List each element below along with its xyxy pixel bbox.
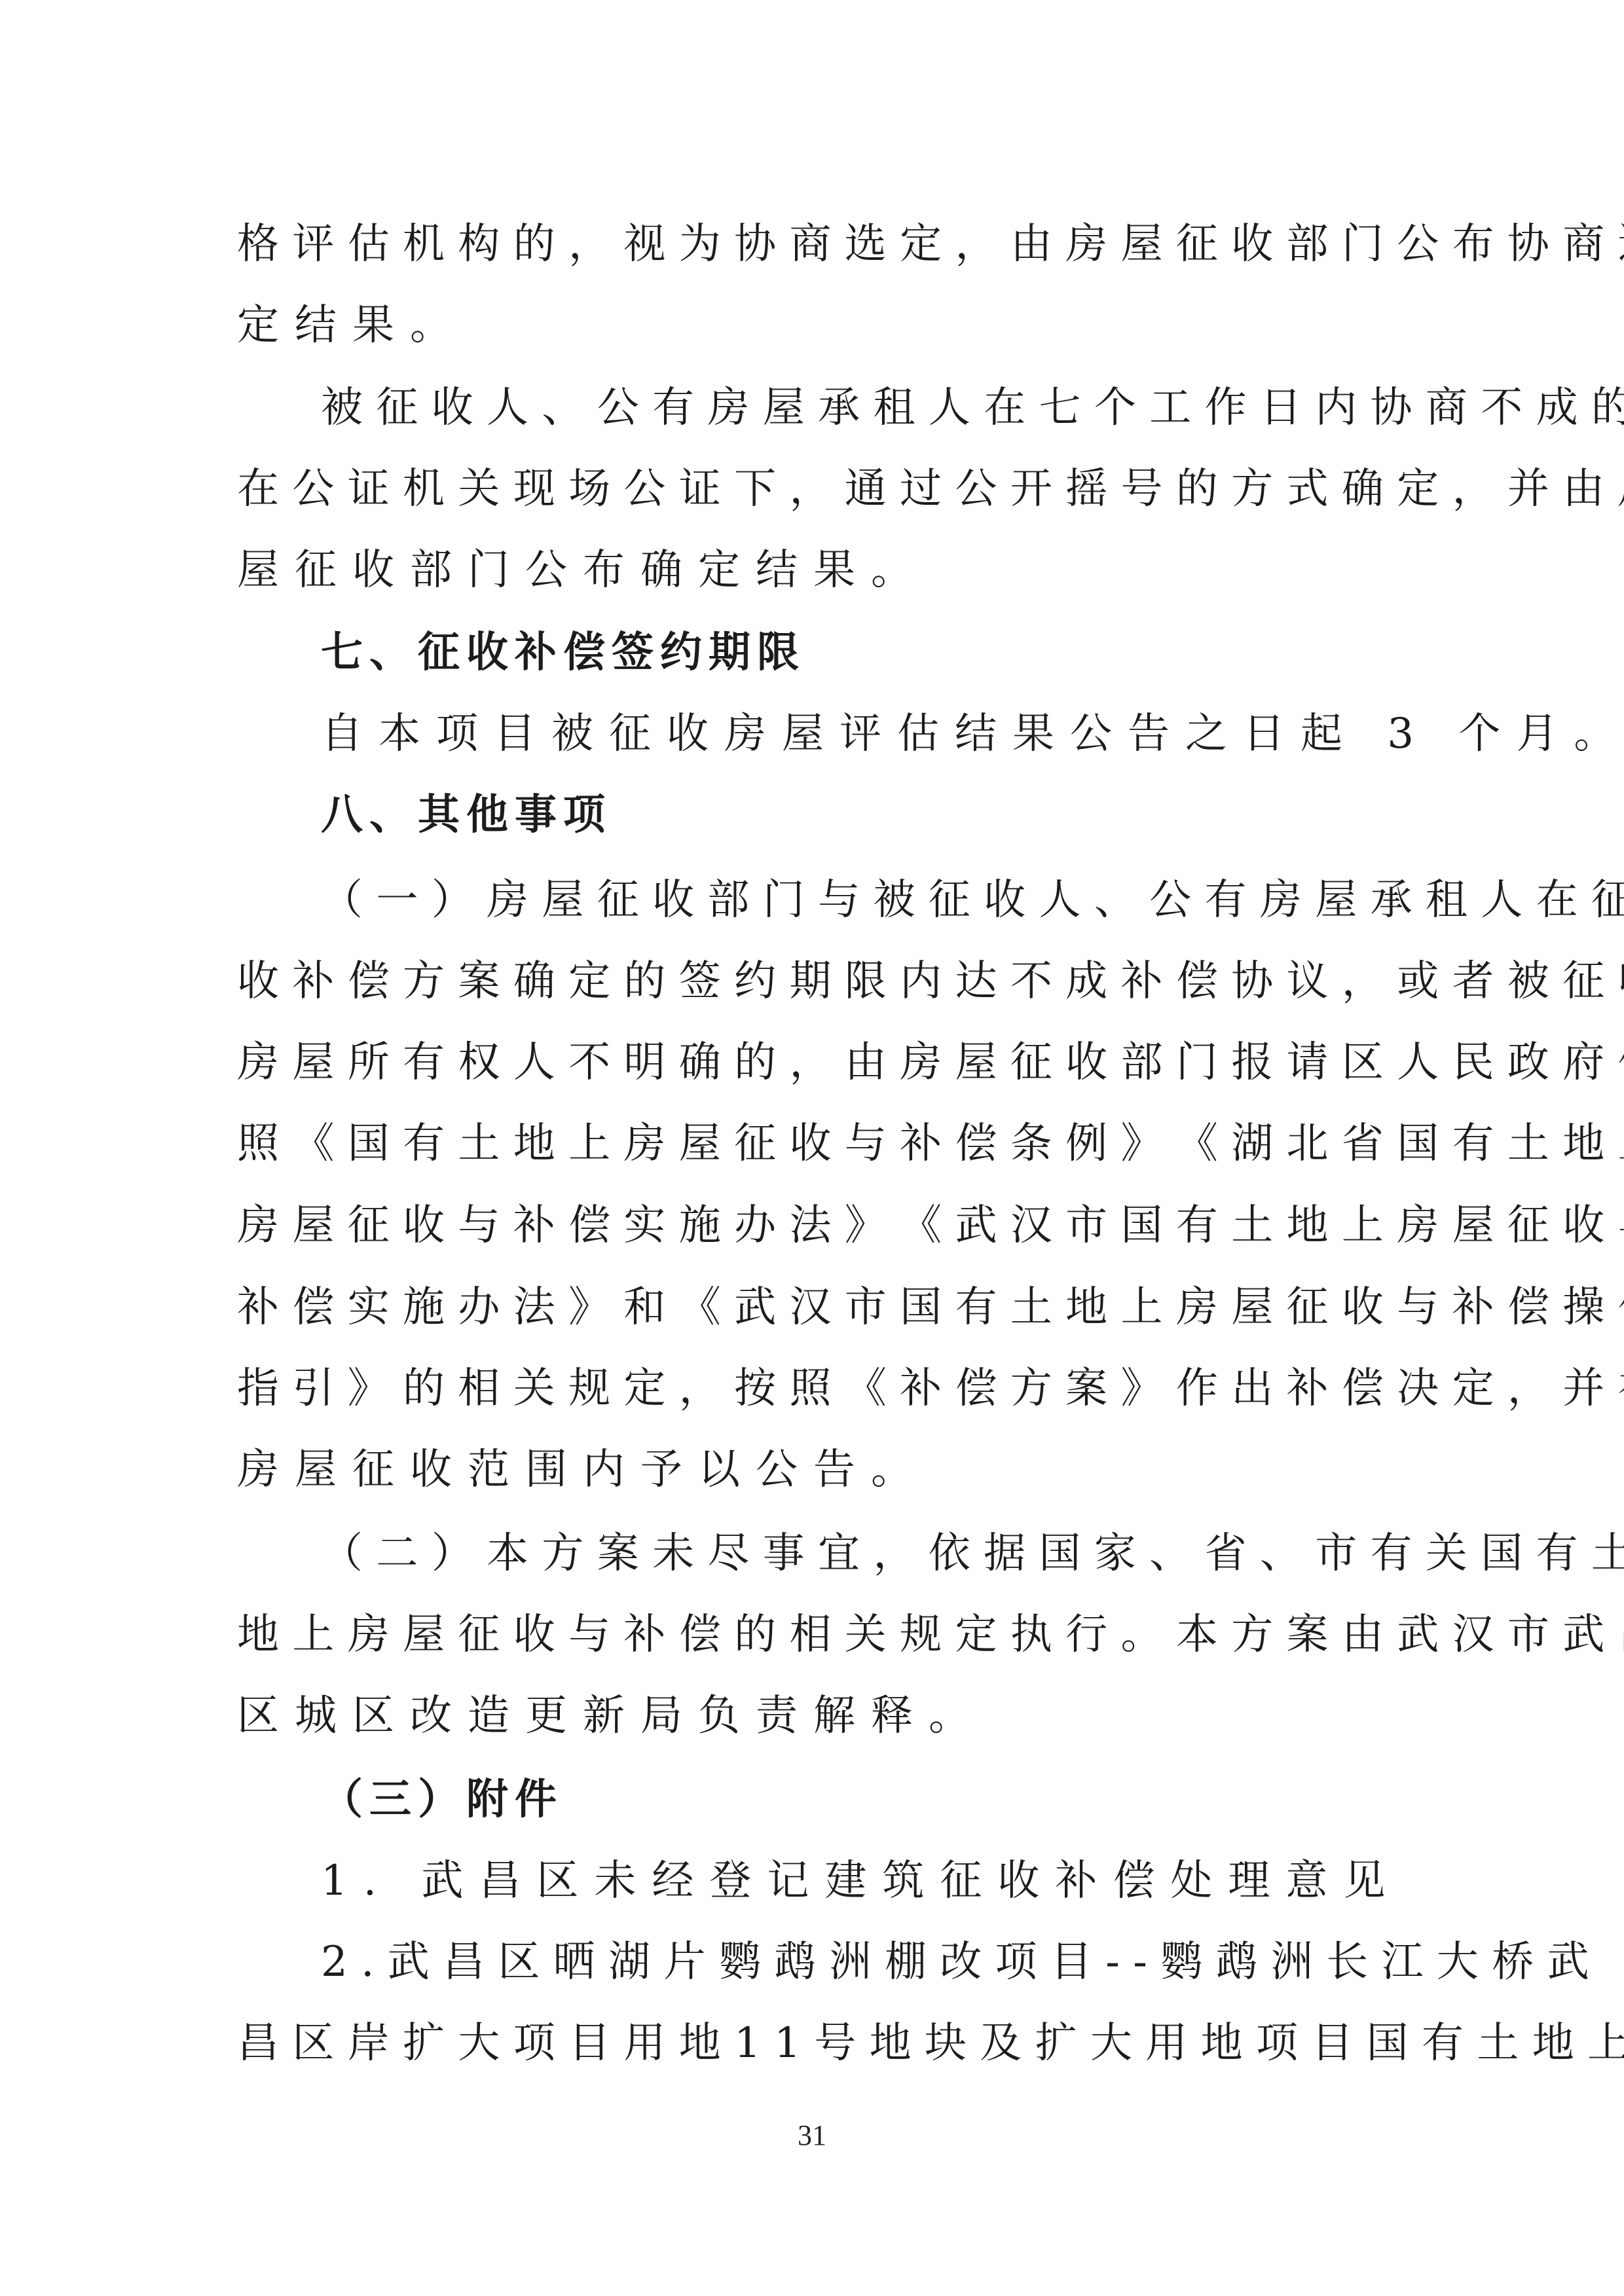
body-text-line: 区城区改造更新局负责解释。 [237,1690,1365,1742]
body-text-line: 房 屋 所 有 权 人 不 明 确 的 ， 由 房 屋 征 收 部 门 报 请 … [237,1036,1365,1089]
body-text-line: 收 补 偿 方 案 确 定 的 签 约 期 限 内 达 不 成 补 偿 协 议 … [237,955,1365,1008]
body-text-line: 地 上 房 屋 征 收 与 补 偿 的 相 关 规 定 执 行 。 本 方 案 … [237,1609,1365,1661]
subsection-1-line: （ 一 ） 房 屋 征 收 部 门 与 被 征 收 人 、 公 有 房 屋 承 … [321,874,1365,926]
attachment-item-1: 1. 武昌区未经登记建筑征收补偿处理意见 [321,1855,1365,1907]
body-text-line: 房 屋 征 收 与 补 偿 实 施 办 法 》 《 武 汉 市 国 有 土 地 … [237,1199,1365,1252]
document-page: 格 评 估 机 构 的 ， 视 为 协 商 选 定 ， 由 房 屋 征 收 部 … [0,0,1624,2296]
body-text-line: 被 征 收 人 、 公 有 房 屋 承 租 人 在 七 个 工 作 日 内 协 … [321,382,1365,434]
body-text-line: 指 引 》 的 相 关 规 定 ， 按 照 《 补 偿 方 案 》 作 出 补 … [237,1362,1365,1415]
body-text-line: 补 偿 实 施 办 法 》 和 《 武 汉 市 国 有 土 地 上 房 屋 征 … [237,1281,1365,1334]
body-text-line: 照 《 国 有 土 地 上 房 屋 征 收 与 补 偿 条 例 》 《 湖 北 … [237,1118,1365,1170]
body-text-line: 在 公 证 机 关 现 场 公 证 下 ， 通 过 公 开 摇 号 的 方 式 … [237,463,1365,515]
section-heading-7: 七、征收补偿签约期限 [321,627,1365,679]
page-number: 31 [0,2119,1624,2152]
body-text-line: 格 评 估 机 构 的 ， 视 为 协 商 选 定 ， 由 房 屋 征 收 部 … [237,218,1365,270]
attachment-item-2: 2 . 武 昌 区 晒 湖 片 鹦 鹉 洲 棚 改 项 目 - - 鹦 鹉 洲 … [321,1936,1365,1988]
attachment-item-2-continued: 昌 区 岸 扩 大 项 目 用 地 1 1 号 地 块 及 扩 大 用 地 项 … [237,2017,1365,2069]
body-text-line: 屋征收部门公布确定结果。 [237,544,1365,596]
section-heading-8: 八、其他事项 [321,789,1365,841]
subsection-2-line: （ 二 ） 本 方 案 未 尽 事 宜 ， 依 据 国 家 、 省 、 市 有 … [321,1527,1365,1580]
body-text-line: 定结果。 [237,299,1365,352]
body-text-line: 房屋征收范围内予以公告。 [237,1444,1365,1496]
subsection-3-heading: （三）附件 [321,1774,1365,1826]
body-text-line: 自本项目被征收房屋评估结果公告之日起 3 个月。 [321,708,1365,760]
